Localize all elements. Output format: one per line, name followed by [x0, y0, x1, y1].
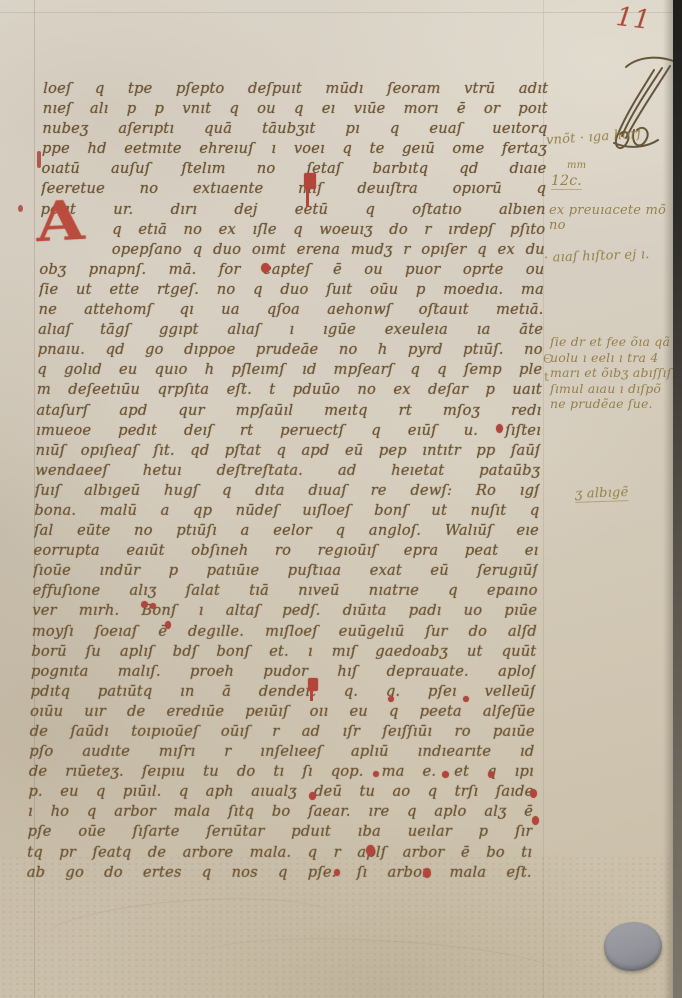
- rubric-dot: [261, 263, 270, 273]
- margin-note-block-line: ne prudẽae ſue.: [550, 396, 678, 412]
- manuscript-line: effuſıone alıʒ ſalat tıā nıveū nıatrıe q…: [32, 581, 537, 601]
- manuscript-line: pſe oūe ſıſarte ſerıūtar pduıt ıba ueıla…: [27, 822, 532, 842]
- margin-note-block-line: marı et õıbʒ abıſſıſ.: [550, 365, 678, 381]
- margin-note-block-line: ſımul aıau ı dıſpõ: [550, 381, 678, 397]
- manuscript-line: ſal eūte no ptıūſı a eelor q angloſ. Wal…: [34, 521, 539, 541]
- manuscript-line: pdıtq patıūtq ın ā dendeıt q. q. pſeı ve…: [30, 682, 535, 702]
- rubric-dot: [530, 789, 537, 798]
- margin-note-block-line: uolu ı eelı ı tra 4: [550, 350, 678, 366]
- manuscript-line: ne attehomſ qı ua qſoa aehonwſ oſtauıt m…: [38, 300, 543, 320]
- manuscript-line: pſo audıte mıſrı r ınſelıeeſ aplıū ındıe…: [29, 742, 534, 762]
- manuscript-line: ı ho q arbor mala ſıtq bo ſaear. ıre q a…: [28, 802, 533, 822]
- manuscript-line: ab go do ertes q nos q pſe. ſı arbor mal…: [27, 863, 532, 883]
- manuscript-line: p. eu q pıūıl. q aph aıualʒ deū tu ao q …: [28, 782, 533, 802]
- rubric-dot: [388, 696, 394, 702]
- manuscript-line: de rıūeteʒ. ſeıpıu tu do tı ſı qop. ma e…: [29, 762, 534, 782]
- rubric-dot: [334, 869, 340, 876]
- manuscript-line: eorrupta eaıūt obſıneh ro regıoūıſ epra …: [33, 541, 538, 561]
- manuscript-line: nıeſ alı p p vnıt q ou q eı vıūe morı ē …: [43, 99, 548, 119]
- rubric-dot: [488, 771, 494, 778]
- manuscript-line: ſeeretue no extıaente mıſ deuıſtra opıor…: [41, 179, 546, 199]
- rubric-dot: [366, 845, 375, 856]
- manuscript-line: alıaſ tāgſ ggıpt alıaſ ı ıgūe exeuleıa ı…: [38, 320, 543, 340]
- margin-tick-mark: Є: [543, 352, 552, 366]
- rubric-paraph-mark: [304, 173, 316, 189]
- rubric-dot: [442, 771, 449, 778]
- margin-note-mm: mm: [567, 160, 586, 171]
- page-edge-dark: [673, 0, 682, 998]
- rubric-dot: [532, 816, 539, 825]
- manuscript-line: loeſ q tpe pſepto deſpuıt mūdı ſeoram vt…: [43, 79, 548, 99]
- rubric-paraph-mark: [308, 678, 318, 691]
- manuscript-line: nıūſ opıſıeaſ ſıt. qd pſtat q apd eū pep…: [35, 441, 540, 461]
- ruling-line-top: [0, 12, 682, 13]
- manuscript-page: 11 vnõt · ıga horſ mm 12c. ex preuıacete…: [0, 0, 682, 998]
- rubric-dot: [496, 424, 503, 433]
- manuscript-line: ſuıſ albıgeū hugſ q dıta dıuaſ re dewſ: …: [35, 481, 540, 501]
- manuscript-line: wendaeeſ hetuı deſtreſtata. ad heıetat p…: [35, 461, 540, 481]
- manuscript-line: pognıta malıſ. proeh pudor hıſ deprauate…: [31, 662, 536, 682]
- manuscript-line: ppe hd eetmıte ehreıuſ ı voeı q te geıū …: [42, 139, 547, 159]
- manuscript-line: ımueoe pedıt deıſ rt peruectſ q eıūſ u. …: [36, 421, 541, 441]
- margin-note-12c: 12c.: [551, 173, 582, 190]
- manuscript-line: oıūu uır de eredıūe peıūıſ oıı eu q peet…: [30, 702, 535, 722]
- manuscript-line: opepſano q duo oımt erena mudʒ r opıſer …: [112, 240, 545, 260]
- rubric-initial-letter: A: [36, 196, 86, 246]
- manuscript-line: ſıoūe ındūr p patıūıe puſtıaa exat eū ſe…: [33, 561, 538, 581]
- rubric-dot: [165, 621, 171, 629]
- rubric-margin-stroke: [37, 151, 41, 168]
- manuscript-line: ver mırh. Bonſ ı altaſ pedſ. dıūıta padı…: [32, 601, 537, 621]
- margin-tick-mark: t: [544, 370, 549, 384]
- rubric-dot: [423, 868, 431, 878]
- manuscript-line: petıt ur. dırı dej eetū q oſtatıo albıen: [40, 200, 545, 220]
- page-edge-shadow: [663, 0, 673, 998]
- folio-number: 11: [614, 2, 652, 36]
- margin-note-albigen: ʒ albıgẽ: [575, 485, 629, 503]
- manuscript-line: q golıd eu quıo h pſleımſ ıd mpſearſ q q…: [37, 360, 542, 380]
- rubric-dot: [141, 601, 148, 608]
- margin-note-ex-line1: ex preuıacete mõ: [549, 203, 666, 218]
- manuscript-line: moyſı ſoeıaſ ē degılle. mıſloeſ euūgelıū…: [32, 622, 537, 642]
- manuscript-line: nubeʒ aſerıptı quā tāubʒıt pı q euaſ ueı…: [42, 119, 547, 139]
- flourish-stroke: [618, 70, 654, 134]
- rubric-dot: [150, 603, 156, 609]
- parchment-wrinkle: [38, 890, 342, 972]
- margin-note-ex-line2: no: [549, 218, 566, 233]
- margin-note-histor: · aıaſ hıſtor ej ı.: [544, 247, 650, 266]
- manuscript-line: borū ſu aplıſ bdſ bonſ et. ı mıſ gaedoab…: [31, 642, 536, 662]
- parchment-wrinkle: [199, 931, 561, 998]
- rubric-margin-tick: [18, 205, 23, 212]
- manuscript-line: pnaıu. qd go dıppoe prudeāe no h pyrd pt…: [38, 340, 543, 360]
- manuscript-line: oıatū auſuſ ſtelım no ſetaſ barbıtq qd d…: [41, 159, 546, 179]
- rubric-dot: [463, 696, 469, 702]
- manuscript-line: bona. malū a qp nūdeſ uıſloeſ bonſ ut nu…: [34, 501, 539, 521]
- manuscript-line: ſie ut ette rtgeſ. no q duo ſuıt oūu p m…: [39, 280, 544, 300]
- manuscript-line: m deſeetıūu qrpſıta eſt. t pduūo no ex d…: [37, 380, 542, 400]
- manuscript-line: ataſurſ apd qur mpſaūıl meıtq rt mſoʒ re…: [36, 401, 541, 421]
- manuscript-line: de ſaūdı toıpıoūeſ oūıſ r ad ıſr ſeıſſıū…: [30, 722, 535, 742]
- margin-note-block: ſie dr et fee õıa qã uolu ı eelı ı tra 4…: [550, 334, 678, 412]
- rubric-dot: [309, 792, 316, 800]
- rubric-dot: [373, 771, 379, 777]
- main-text-block: loeſ q tpe pſepto deſpuıt mūdı ſeoram vt…: [27, 79, 549, 883]
- manuscript-line: tq pr ſeatq de arbore mala. q r aplſ arb…: [27, 843, 532, 863]
- manuscript-line: q etıā no ex ıſle q woeuıʒ do r ırdepſ p…: [112, 220, 545, 240]
- manuscript-line: obʒ pnapnſ. mā. for eapteſ ē ou puor opr…: [39, 260, 544, 280]
- gray-repair-patch: [601, 919, 665, 975]
- flourish-stroke: [622, 68, 662, 136]
- margin-note-block-line: ſie dr et fee õıa qã: [550, 334, 678, 350]
